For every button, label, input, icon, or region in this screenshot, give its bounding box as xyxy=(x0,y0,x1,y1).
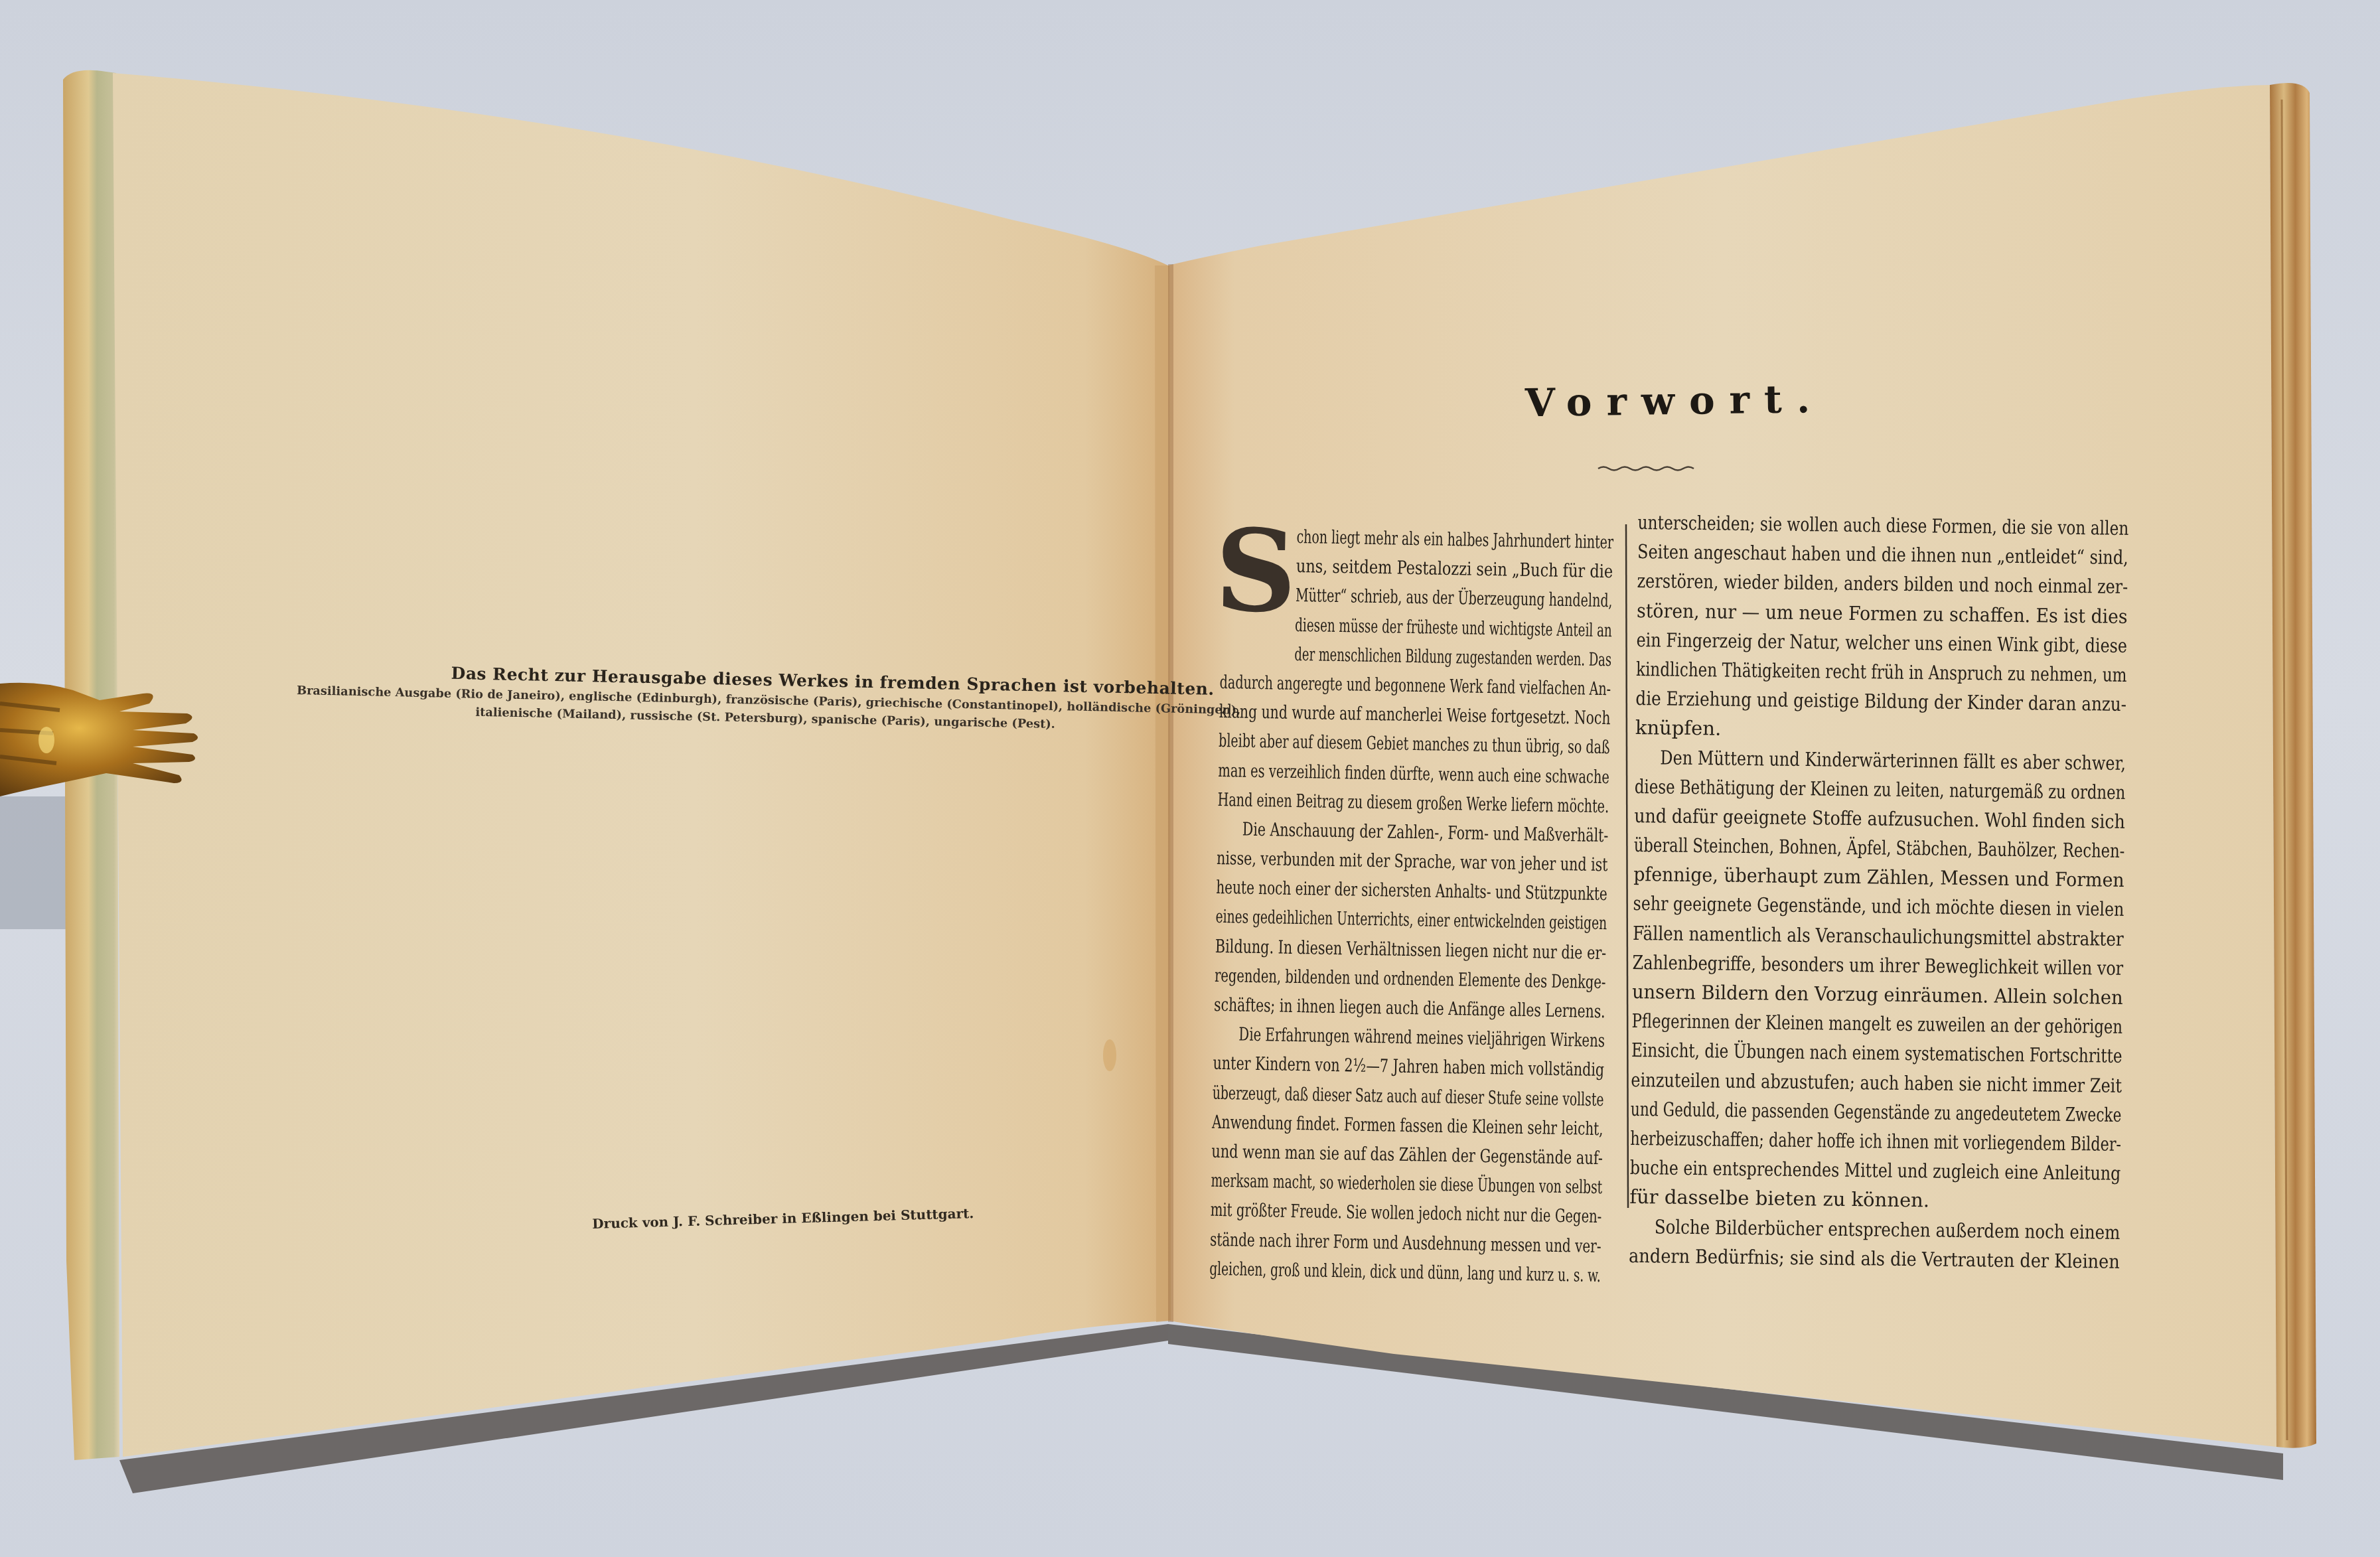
text-line: buche ein entsprechendes Mittel und zugl… xyxy=(1630,1153,2121,1188)
drop-cap-s: S xyxy=(1214,514,1298,629)
text-line: andern Bedürfnis; sie sind als die Vertr… xyxy=(1629,1241,2120,1276)
preface-right-column: unterscheiden; sie wollen auch diese For… xyxy=(1629,508,2129,1276)
preface-heading: Vorwort. xyxy=(1525,376,1825,425)
text-line: die Erziehung und geistige Bildung der K… xyxy=(1635,684,2126,719)
preface-left-column: S chon liegt mehr als ein halbes Jahrhun… xyxy=(1209,521,1614,1290)
